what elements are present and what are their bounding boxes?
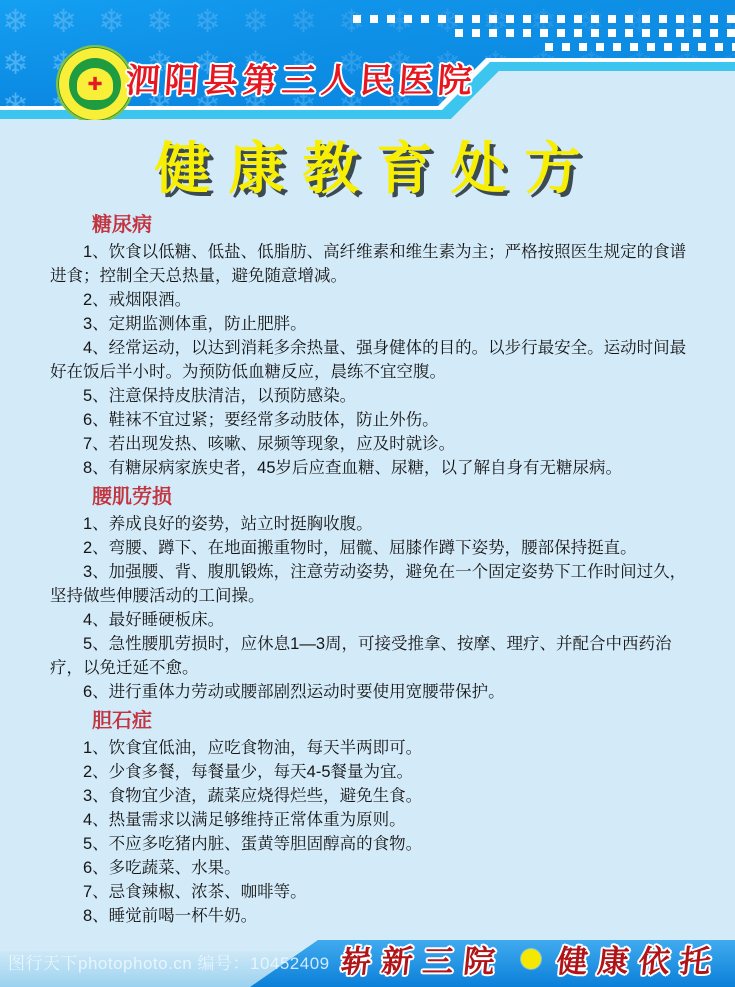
section-heading: 胆石症 [50,708,699,734]
footer-slogan: 崭新三院 健康依托 [341,936,721,981]
prescription-item: 1、饮食宜低油，应吃食物油，每天半两即可。 [50,736,699,760]
prescription-item: 5、不应多吃猪内脏、蛋黄等胆固醇高的食物。 [50,832,699,856]
prescription-item: 3、食物宜少渣，蔬菜应烧得烂些，避免生食。 [50,784,699,808]
prescription-item: 7、若出现发热、咳嗽、尿频等现象，应及时就诊。 [50,432,699,456]
prescription-item: 6、多吃蔬菜、水果。 [50,856,699,880]
section-items: 1、饮食宜低油，应吃食物油，每天半两即可。2、少食多餐，每餐量少，每天4-5餐量… [50,736,699,928]
hospital-logo-inner-disc: ✚ [69,58,121,110]
sections: 糖尿病 1、饮食以低糖、低盐、低脂肪、高纤维素和维生素为主；严格按照医生规定的食… [0,212,735,928]
prescription-item: 3、定期监测体重，防止肥胖。 [50,312,699,336]
prescription-item: 2、少食多餐，每餐量少，每天4-5餐量为宜。 [50,760,699,784]
health-education-poster: ❄ ✚ 泗阳县第三人民医院 健康教育处方 糖尿病 1、饮食以低 [0,0,735,987]
main-content: 健康教育处方 糖尿病 1、饮食以低糖、低盐、低脂肪、高纤维素和维生素为主；严格按… [0,120,735,987]
prescription-item: 6、鞋袜不宜过紧；要经常多动肢体，防止外伤。 [50,408,699,432]
prescription-item: 5、注意保持皮肤清洁，以预防感染。 [50,384,699,408]
prescription-item: 3、加强腰、背、腹肌锻炼，注意劳动姿势，避免在一个固定姿势下工作时间过久，坚持做… [50,560,699,608]
prescription-item: 4、热量需求以满足够维持正常体重为原则。 [50,808,699,832]
prescription-section: 腰肌劳损 1、养成良好的姿势，站立时挺胸收腹。2、弯腰、蹲下、在地面搬重物时，屈… [50,484,699,704]
prescription-item: 4、经常运动，以达到消耗多余热量、强身健体的目的。以步行最安全。运动时间最好在饭… [50,336,699,384]
prescription-item: 2、弯腰、蹲下、在地面搬重物时，屈髋、屈膝作蹲下姿势，腰部保持挺直。 [50,536,699,560]
prescription-item: 6、进行重体力劳动或腰部剧烈运动时要使用宽腰带保护。 [50,680,699,704]
yellow-dot-icon [521,949,541,969]
prescription-item: 8、睡觉前喝一杯牛奶。 [50,904,699,928]
hospital-logo: ✚ [56,45,134,120]
prescription-item: 1、养成良好的姿势，站立时挺胸收腹。 [50,512,699,536]
header: ❄ ✚ 泗阳县第三人民医院 [0,0,735,120]
prescription-item: 8、有糖尿病家族史者，45岁后应查血糖、尿糖，以了解自身有无糖尿病。 [50,456,699,480]
section-items: 1、养成良好的姿势，站立时挺胸收腹。2、弯腰、蹲下、在地面搬重物时，屈髋、屈膝作… [50,512,699,704]
watermark: 图行天下photophoto.cn 编号：10452409 [8,949,330,974]
page-title: 健康教育处方 [0,136,735,202]
prescription-item: 4、最好睡硬板床。 [50,608,699,632]
hospital-name: 泗阳县第三人民医院 [124,53,478,102]
section-items: 1、饮食以低糖、低盐、低脂肪、高纤维素和维生素为主；严格按照医生规定的食谱进食；… [50,240,699,480]
prescription-section: 糖尿病 1、饮食以低糖、低盐、低脂肪、高纤维素和维生素为主；严格按照医生规定的食… [50,212,699,480]
prescription-item: 5、急性腰肌劳损时，应休息1—3周，可接受推拿、按摩、理疗、并配合中西药治疗，以… [50,632,699,680]
section-heading: 糖尿病 [50,212,699,238]
prescription-item: 1、饮食以低糖、低盐、低脂肪、高纤维素和维生素为主；严格按照医生规定的食谱进食；… [50,240,699,288]
prescription-item: 2、戒烟限酒。 [50,288,699,312]
section-heading: 腰肌劳损 [50,484,699,510]
prescription-section: 胆石症 1、饮食宜低油，应吃食物油，每天半两即可。2、少食多餐，每餐量少，每天4… [50,708,699,928]
hospital-logo-emblem: ✚ [77,68,113,100]
slogan-right: 健康依托 [555,936,724,981]
slogan-left: 崭新三院 [339,936,508,981]
prescription-item: 7、忌食辣椒、浓茶、咖啡等。 [50,880,699,904]
red-cross-icon: ✚ [87,75,102,93]
